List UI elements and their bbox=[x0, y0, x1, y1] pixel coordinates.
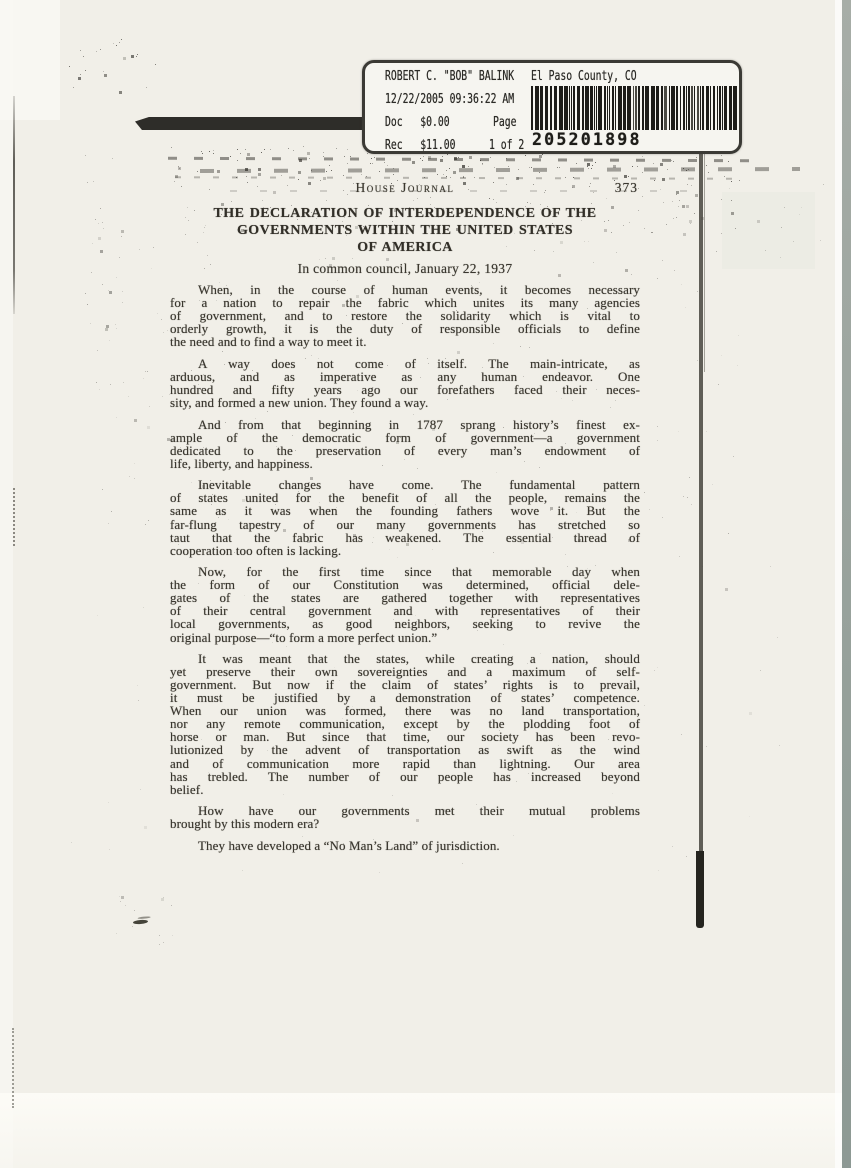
document-body: When, in the course of human events, it … bbox=[170, 283, 640, 852]
text-line: has trebled. The number of our people ha… bbox=[170, 770, 640, 783]
scan-black-bar-artifact bbox=[135, 117, 367, 130]
text-line: lutionized by the advent of transportati… bbox=[170, 743, 640, 756]
paper-left-edge bbox=[0, 0, 13, 1168]
scan-smudge-band bbox=[200, 167, 800, 173]
text-line: original purpose—“to form a more perfect… bbox=[170, 631, 640, 644]
scan-vertical-line-artifact bbox=[699, 149, 703, 851]
paragraph: Inevitable changes have come. The fundam… bbox=[170, 478, 640, 556]
paper-corner-highlight bbox=[0, 0, 60, 120]
text-line: dedicated to the preservation of every m… bbox=[170, 444, 640, 457]
text-line: local governments, as good neighbors, se… bbox=[170, 617, 640, 630]
recording-datetime: 12/22/2005 09:36:22 AM bbox=[385, 93, 514, 106]
document-title-line-2: GOVERNMENTS WITHIN THE UNITED STATES bbox=[170, 222, 640, 239]
document-title: THE DECLARATION OF INTERDEPENDENCE OF TH… bbox=[170, 205, 640, 256]
text-line: brought by this modern era? bbox=[170, 817, 640, 830]
rec-fee: Rec $11.00 bbox=[385, 139, 455, 152]
doc-fee: Doc $0.00 bbox=[385, 116, 450, 129]
scan-smudge-band bbox=[168, 157, 753, 163]
barcode-icon bbox=[531, 86, 741, 130]
recorder-name: ROBERT C. "BOB" BALINK bbox=[385, 70, 514, 83]
paragraph: It was meant that the states, while crea… bbox=[170, 652, 640, 796]
scan-vertical-line-artifact bbox=[704, 152, 705, 372]
photocopy-noise bbox=[0, 0, 1, 1]
paragraph: A way does not come of itself. The main-… bbox=[170, 357, 640, 409]
text-line: They have developed a “No Man’s Land” of… bbox=[170, 839, 640, 852]
journal-page-number: 373 bbox=[615, 180, 638, 196]
text-line: ample of the democratic form of governme… bbox=[170, 431, 640, 444]
scan-shadow-patch bbox=[722, 192, 815, 269]
scan-vertical-line-artifact bbox=[696, 851, 704, 928]
recorder-county: El Paso County, CO bbox=[531, 70, 637, 83]
journal-header-title: House Journal bbox=[170, 180, 640, 196]
document-content: House Journal 373 THE DECLARATION OF INT… bbox=[170, 180, 640, 852]
text-line: the need and to find a way to meet it. bbox=[170, 335, 640, 348]
scanned-document-page: ROBERT C. "BOB" BALINK El Paso County, C… bbox=[0, 0, 851, 1168]
text-line: same as it was when the founding fathers… bbox=[170, 504, 640, 517]
journal-header: House Journal 373 bbox=[170, 180, 640, 194]
ink-smudge bbox=[133, 919, 148, 924]
text-line: A way does not come of itself. The main-… bbox=[170, 357, 640, 370]
document-title-line-1: THE DECLARATION OF INTERDEPENDENCE OF TH… bbox=[170, 205, 640, 222]
document-number: 205201898 bbox=[532, 130, 642, 150]
text-line: hundred and fifty years ago our forefath… bbox=[170, 383, 640, 396]
paper-bottom-edge bbox=[0, 1093, 851, 1168]
page-count: 1 of 2 bbox=[489, 139, 524, 152]
recorder-stamp: ROBERT C. "BOB" BALINK El Paso County, C… bbox=[362, 60, 742, 154]
text-line: And from that beginning in 1787 sprang h… bbox=[170, 418, 640, 431]
paragraph: And from that beginning in 1787 sprang h… bbox=[170, 418, 640, 470]
scan-left-margin-line bbox=[13, 488, 15, 546]
text-line: cooperation too often is lacking. bbox=[170, 544, 640, 557]
text-line: arduous, and as imperative as any human … bbox=[170, 370, 640, 383]
paragraph: How have our governments met their mutua… bbox=[170, 804, 640, 830]
scanner-edge-strip bbox=[842, 0, 851, 1168]
text-line: belief. bbox=[170, 783, 640, 796]
paragraph: Now, for the first time since that memor… bbox=[170, 565, 640, 643]
paragraph: They have developed a “No Man’s Land” of… bbox=[170, 839, 640, 852]
scan-left-margin-line bbox=[12, 1028, 14, 1108]
scan-left-margin-line bbox=[13, 96, 15, 314]
text-line: taut that the fabric has weakened. The e… bbox=[170, 531, 640, 544]
text-line: life, liberty, and happiness. bbox=[170, 457, 640, 470]
paragraph: When, in the course of human events, it … bbox=[170, 283, 640, 348]
document-subtitle: In common council, January 22, 1937 bbox=[170, 261, 640, 277]
text-line: far-flung tapestry of our many governmen… bbox=[170, 518, 640, 531]
document-title-line-3: OF AMERICA bbox=[170, 239, 640, 256]
page-label: Page bbox=[493, 116, 516, 129]
text-line: and of communication more rapid than lig… bbox=[170, 757, 640, 770]
text-line: sity, and formed a new union. They found… bbox=[170, 396, 640, 409]
